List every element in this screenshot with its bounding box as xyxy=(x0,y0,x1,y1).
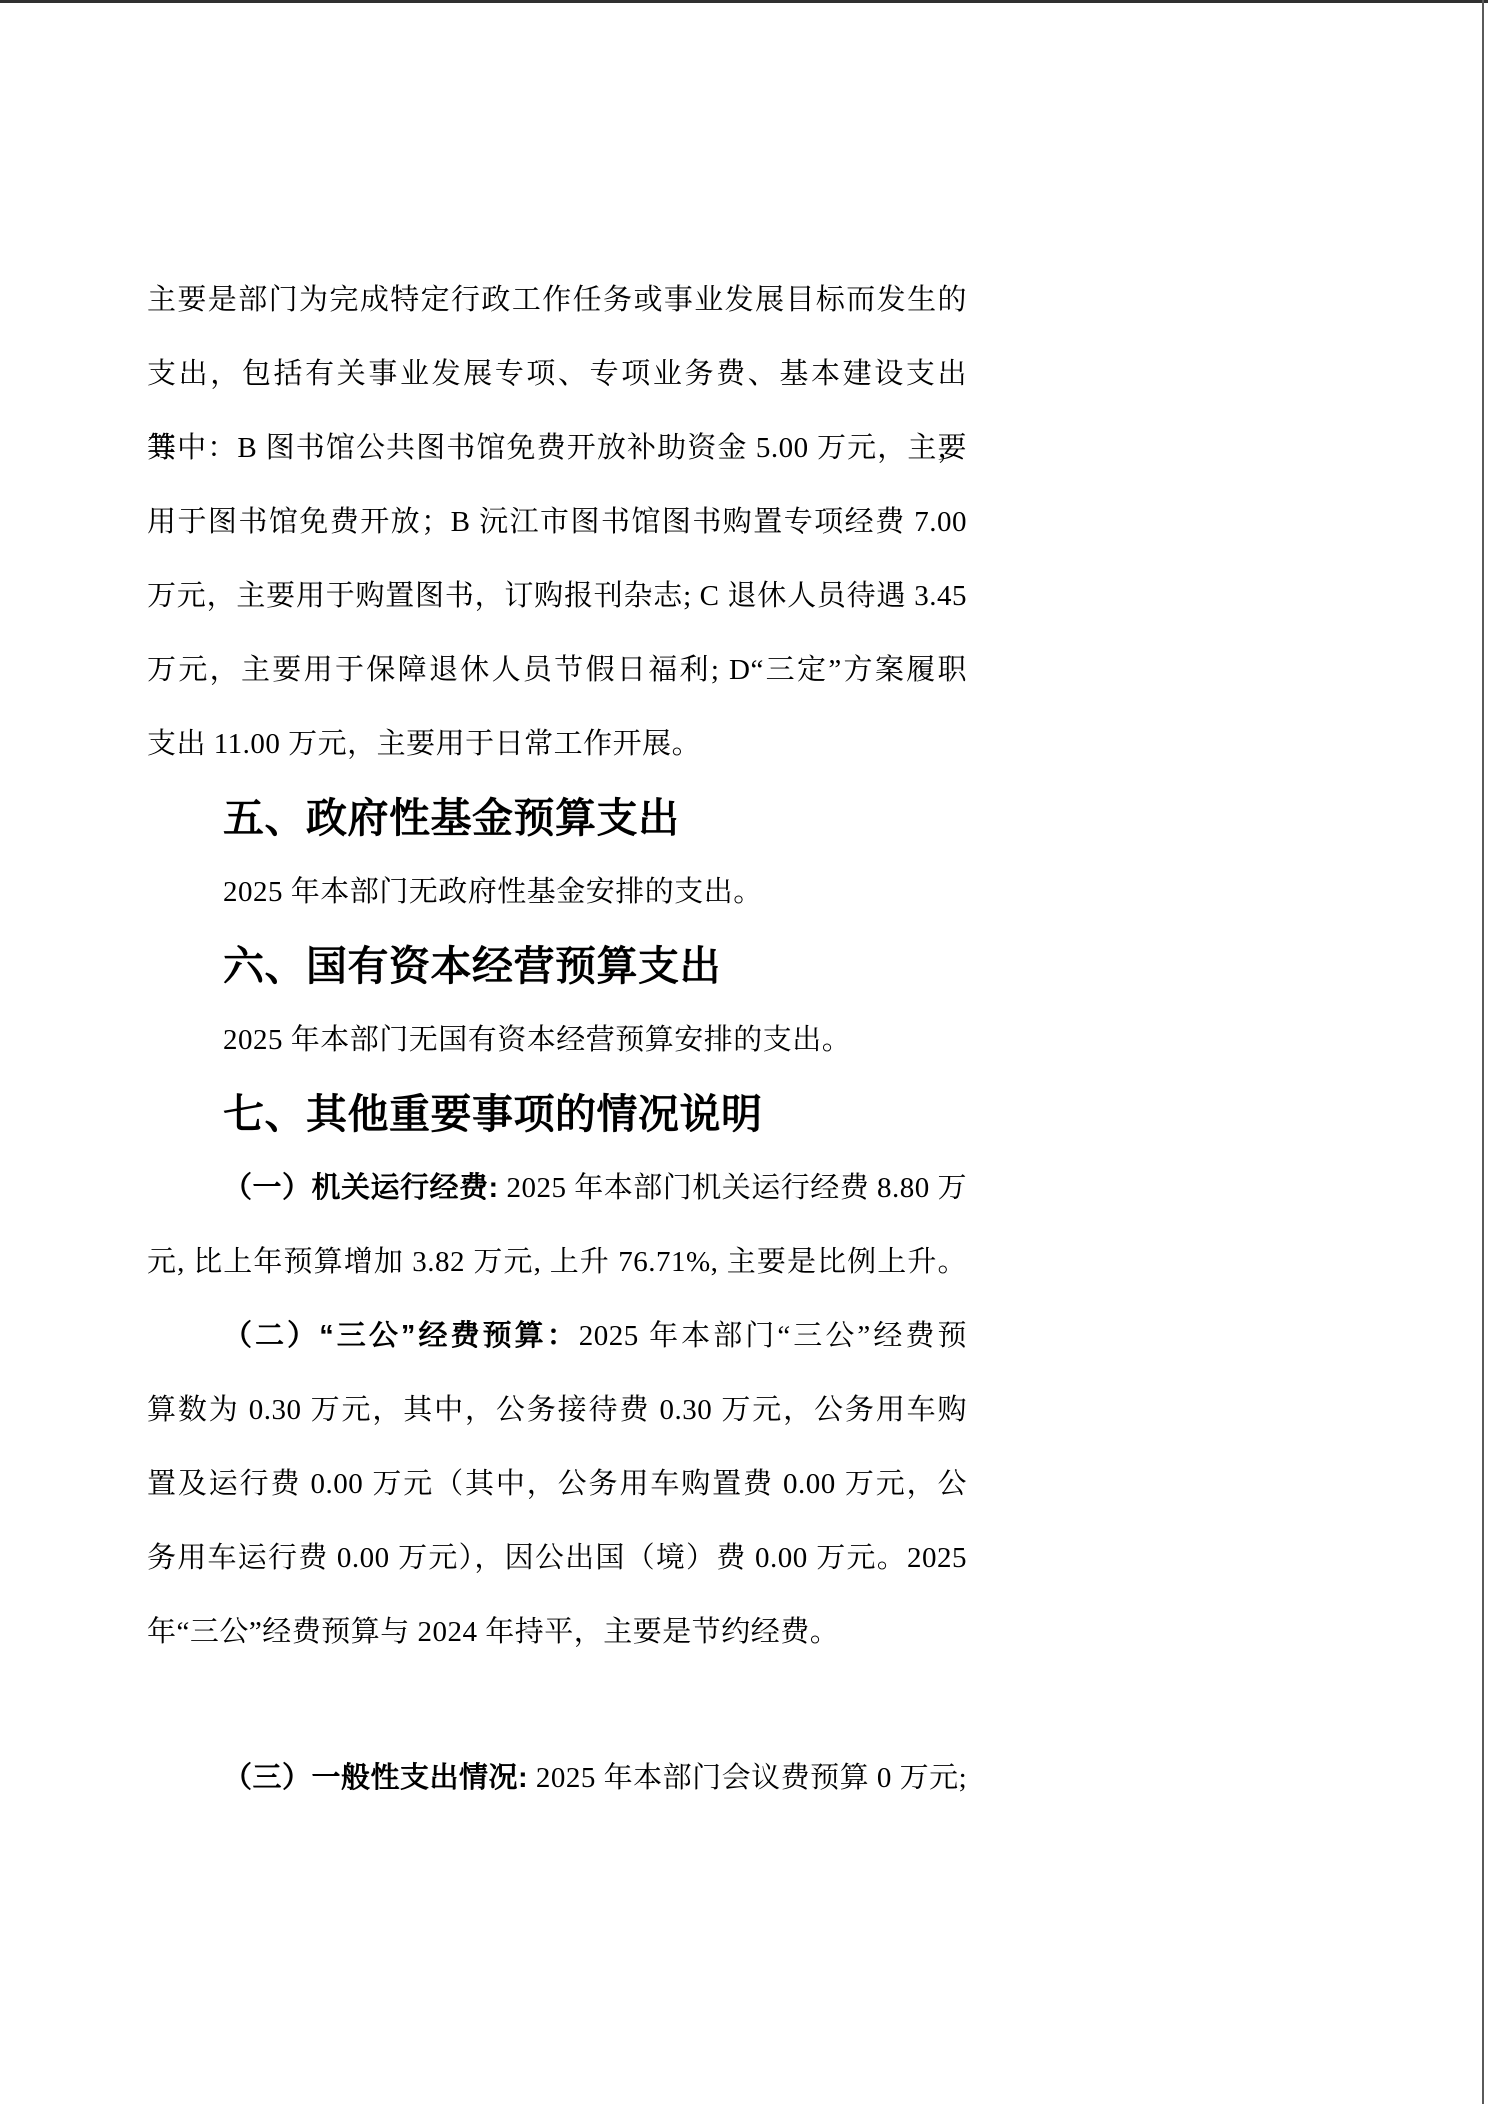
body-line: 其中：B 图书馆公共图书馆免费开放补助资金 5.00 万元，主要 xyxy=(147,411,967,485)
line-text: 2025 年本部门机关运行经费 8.80 万 xyxy=(499,1172,967,1204)
body-line: （二）“三公”经费预算：2025 年本部门“三公”经费预 xyxy=(147,1299,967,1373)
body-line: 置及运行费 0.00 万元（其中，公务用车购置费 0.00 万元，公 xyxy=(147,1447,967,1521)
body-line: 用于图书馆免费开放；B 沅江市图书馆图书购置专项经费 7.00 xyxy=(147,485,967,559)
bold-label: （一）机关运行经费: xyxy=(223,1172,499,1204)
body-line: 元, 比上年预算增加 3.82 万元, 上升 76.71%, 主要是比例上升。 xyxy=(147,1225,967,1299)
section-heading: 七、其他重要事项的情况说明 xyxy=(147,1077,967,1151)
body-line: （一）机关运行经费: 2025 年本部门机关运行经费 8.80 万 xyxy=(147,1151,967,1225)
body-line: 年“三公”经费预算与 2024 年持平，主要是节约经费。 xyxy=(147,1595,967,1669)
body-line: 务用车运行费 0.00 万元），因公出国（境）费 0.00 万元。2025 xyxy=(147,1521,967,1595)
body-line: （三）一般性支出情况: 2025 年本部门会议费预算 0 万元; xyxy=(147,1741,967,1815)
bold-label: （三）一般性支出情况: xyxy=(223,1762,528,1794)
body-line: 算数为 0.30 万元，其中，公务接待费 0.30 万元，公务用车购 xyxy=(147,1373,967,1447)
body-line: 主要是部门为完成特定行政工作任务或事业发展目标而发生的 xyxy=(147,263,967,337)
document-page: 主要是部门为完成特定行政工作任务或事业发展目标而发生的支出，包括有关事业发展专项… xyxy=(147,0,967,1815)
section-heading: 六、国有资本经营预算支出 xyxy=(147,929,967,1003)
line-text: 2025 年本部门会议费预算 0 万元; xyxy=(528,1762,967,1794)
section-heading: 五、政府性基金预算支出 xyxy=(147,781,967,855)
body-line: 万元，主要用于保障退休人员节假日福利; D“三定”方案履职 xyxy=(147,633,967,707)
window-edge-right xyxy=(1482,0,1484,2104)
body-line: 支出 11.00 万元，主要用于日常工作开展。 xyxy=(147,707,967,781)
body-line: 2025 年本部门无国有资本经营预算安排的支出。 xyxy=(147,1003,967,1077)
body-line: 万元，主要用于购置图书，订购报刊杂志; C 退休人员待遇 3.45 xyxy=(147,559,967,633)
line-text: 2025 年本部门“三公”经费预 xyxy=(579,1320,967,1352)
bold-label: （二）“三公”经费预算： xyxy=(223,1320,579,1352)
body-line: 2025 年本部门无政府性基金安排的支出。 xyxy=(147,855,967,929)
body-line: 支出，包括有关事业发展专项、专项业务费、基本建设支出等， xyxy=(147,337,967,411)
